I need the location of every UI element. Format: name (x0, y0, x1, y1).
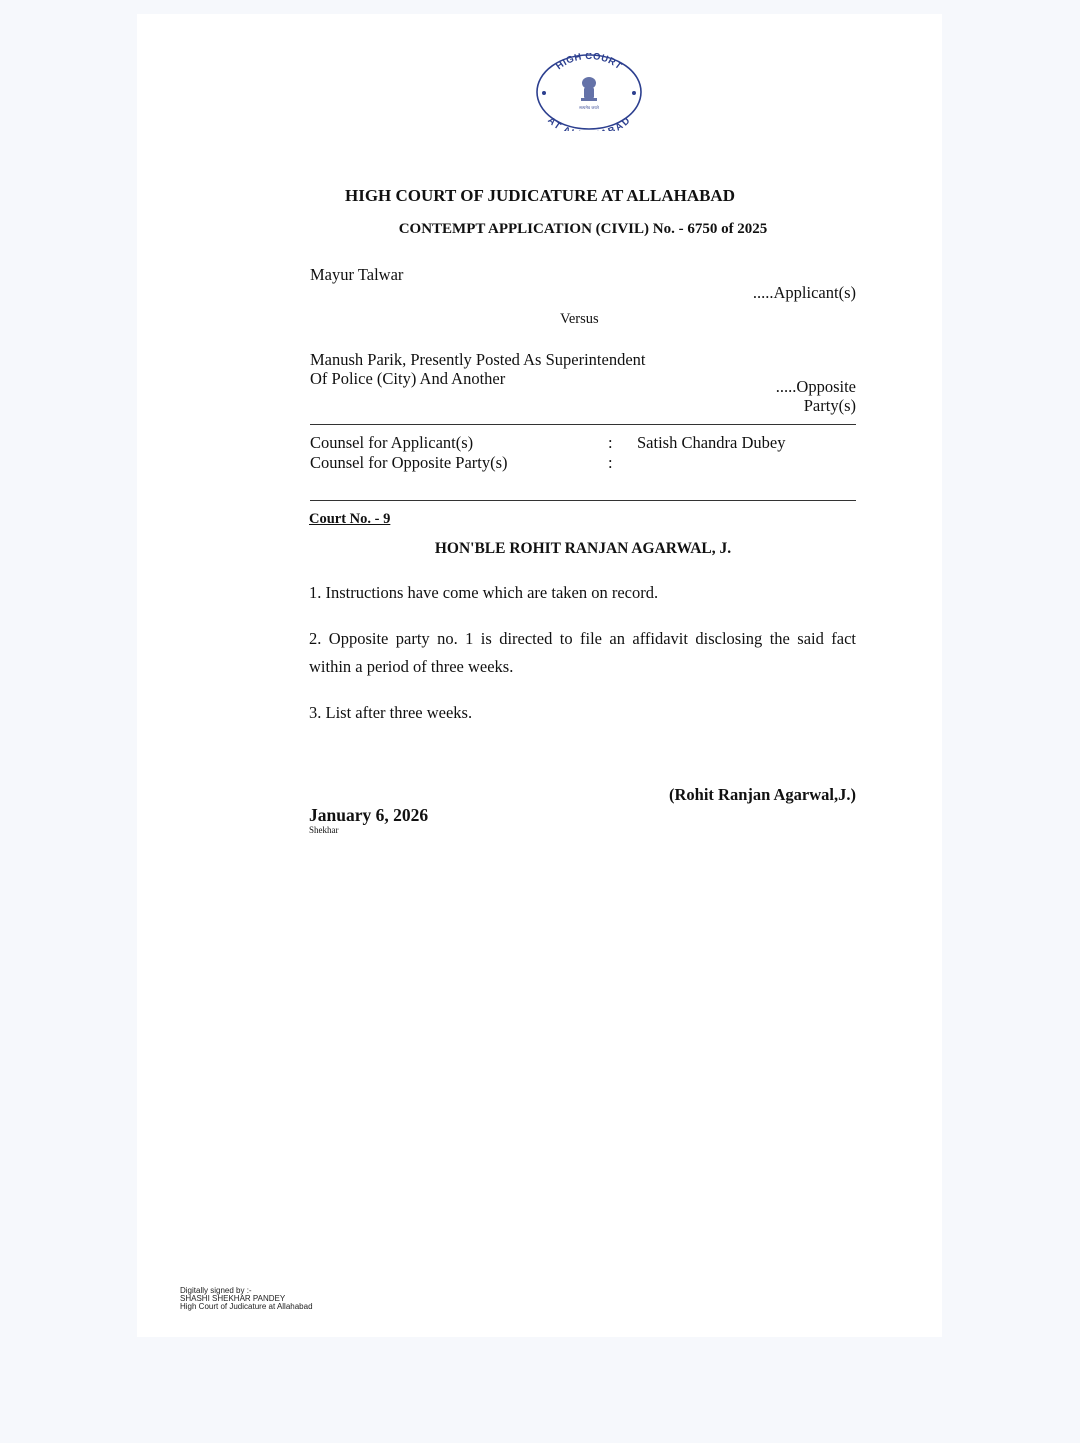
case-title: CONTEMPT APPLICATION (CIVIL) No. - 6750 … (0, 221, 1080, 238)
order-paragraph-2: 2. Opposite party no. 1 is directed to f… (309, 625, 856, 681)
opposite-party-name-line2: Of Police (City) And Another (310, 369, 645, 388)
state-emblem-icon: HIGH COURT AT ALLAHABAD सत्यमेव जयते (534, 53, 644, 131)
divider-bottom (310, 500, 856, 501)
clerk-name: Shekhar (309, 825, 339, 835)
court-name-heading: HIGH COURT OF JUDICATURE AT ALLAHABAD (0, 186, 1080, 206)
digital-signature-org: High Court of Judicature at Allahabad (180, 1303, 313, 1311)
order-paragraph-3: 3. List after three weeks. (309, 699, 856, 727)
digital-signature-block: Digitally signed by :- SHASHI SHEKHAR PA… (180, 1287, 313, 1311)
court-number: Court No. - 9 (309, 511, 390, 528)
counsel-applicant-label: Counsel for Applicant(s) (310, 433, 508, 453)
opposite-role-line2: Party(s) (656, 396, 856, 415)
applicant-role: .....Applicant(s) (656, 283, 856, 303)
counsel-labels: Counsel for Applicant(s) Counsel for Opp… (310, 433, 508, 473)
counsel-separator: : (608, 453, 613, 473)
opposite-party-name: Manush Parik, Presently Posted As Superi… (310, 350, 645, 388)
counsel-separators: : : (608, 433, 613, 473)
order-date: January 6, 2026 (309, 805, 428, 826)
opposite-role-line1: .....Opposite (656, 377, 856, 396)
counsel-separator: : (608, 433, 613, 453)
opposite-party-name-line1: Manush Parik, Presently Posted As Superi… (310, 350, 645, 369)
versus-label: Versus (560, 311, 599, 328)
divider-top (310, 424, 856, 425)
judge-heading: HON'BLE ROHIT RANJAN AGARWAL, J. (0, 540, 1080, 558)
high-court-seal: HIGH COURT AT ALLAHABAD सत्यमेव जयते (534, 53, 644, 131)
order-paragraph-1: 1. Instructions have come which are take… (309, 579, 856, 607)
applicant-name: Mayur Talwar (310, 265, 403, 285)
judge-signature: (Rohit Ranjan Agarwal,J.) (556, 785, 856, 805)
counsel-applicant-value: Satish Chandra Dubey (637, 433, 785, 453)
opposite-party-role: .....Opposite Party(s) (656, 377, 856, 415)
counsel-values: Satish Chandra Dubey (637, 433, 785, 453)
svg-text:सत्यमेव जयते: सत्यमेव जयते (579, 105, 599, 110)
counsel-opposite-label: Counsel for Opposite Party(s) (310, 453, 508, 473)
